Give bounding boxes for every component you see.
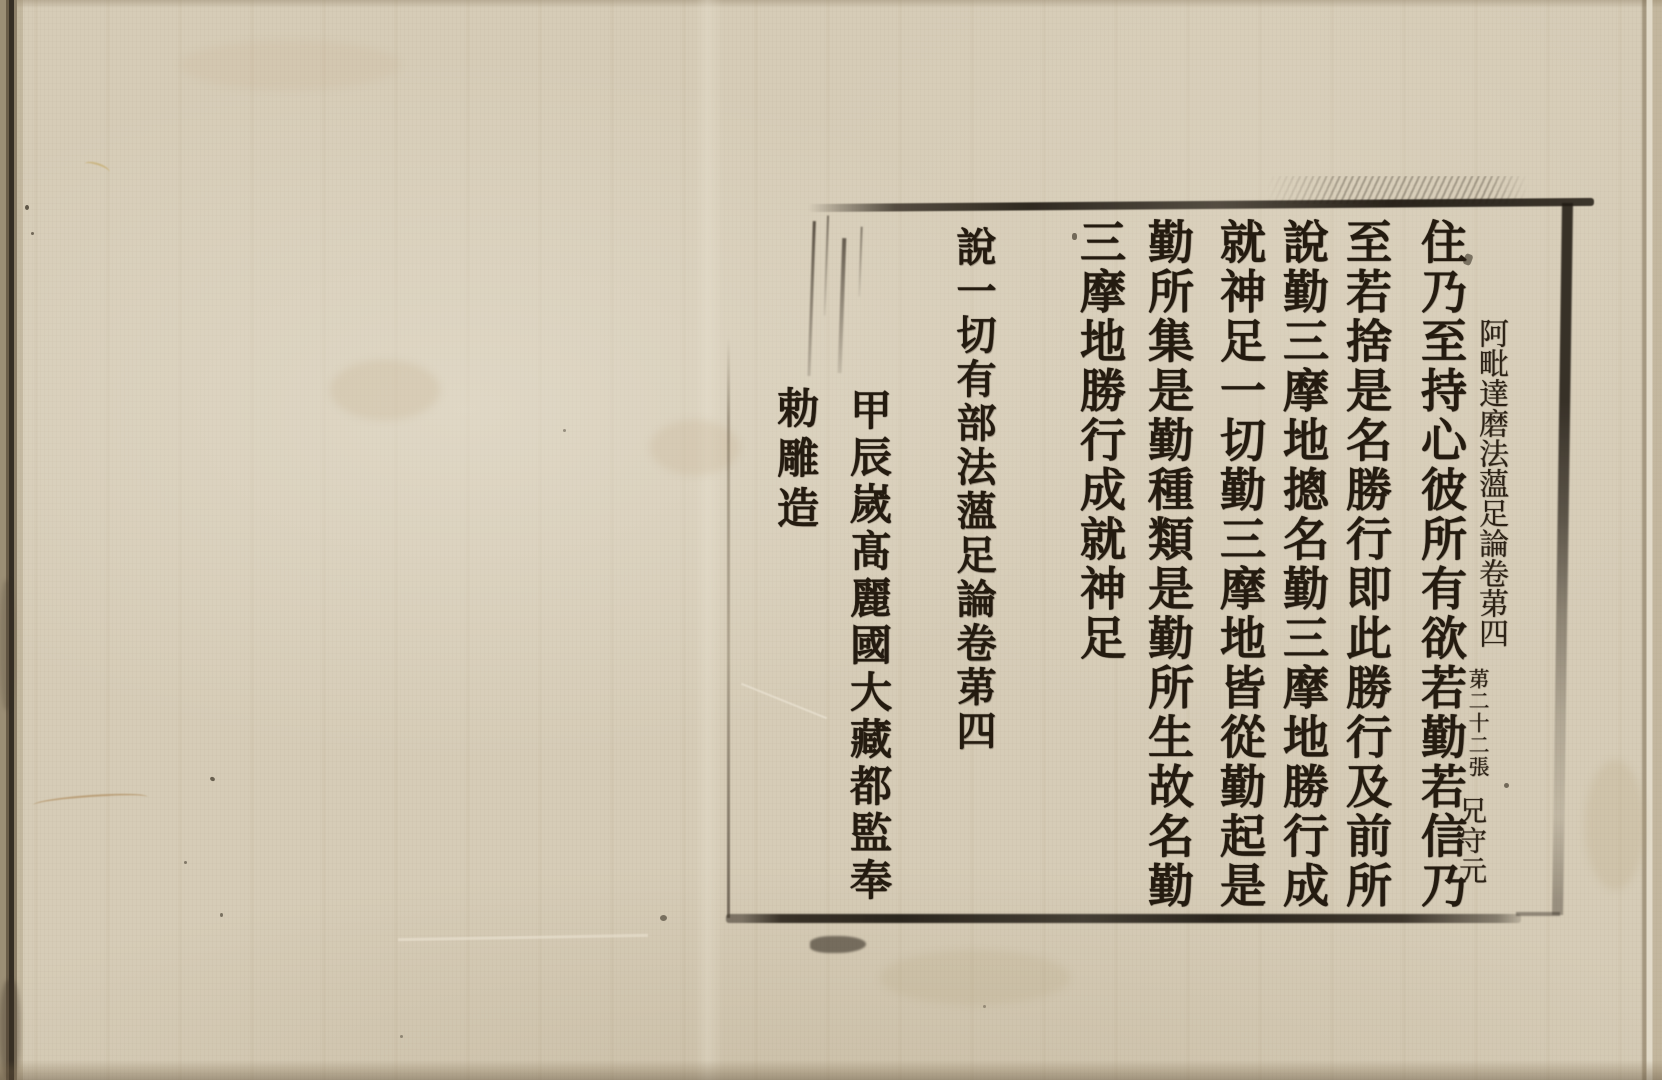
paper-crease xyxy=(398,934,648,941)
book-spine-edge xyxy=(0,0,30,1080)
paper-fiber xyxy=(83,159,111,177)
paper-fiber xyxy=(33,791,149,811)
frame-border-bottom-extension xyxy=(1516,912,1560,916)
paper-speck xyxy=(25,205,29,210)
end-title-column: 說一切有部法薀足論卷苐四 xyxy=(953,226,993,754)
paper-stain xyxy=(330,360,440,420)
paper-speck xyxy=(220,913,223,917)
paper-speck xyxy=(400,1035,403,1038)
body-column-6: 三摩地勝行成就神足 xyxy=(1077,218,1123,664)
paper-speck xyxy=(184,861,187,864)
body-column-3: 說勤三摩地摠名勤三摩地勝行成 xyxy=(1280,218,1326,911)
ink-dot xyxy=(660,915,667,921)
ink-blob xyxy=(810,936,866,953)
paper-seam xyxy=(695,0,723,1080)
paper-crease xyxy=(741,683,827,719)
body-column-4: 就神足一切勤三摩地皆從勤起是 xyxy=(1217,218,1263,911)
frame-border-left xyxy=(727,338,730,918)
page-top-edge-shadow xyxy=(0,0,1662,8)
paper-stain xyxy=(880,950,1070,1005)
printed-page-scan: 阿毗達磨法薀足論卷苐四 苐二十二張 兄守元 住乃至持心彼所有欲若勤若信乃 至若捨… xyxy=(0,0,1662,1080)
paper-speck xyxy=(31,232,34,235)
spine-blotch xyxy=(0,580,14,710)
paper-speck xyxy=(983,1005,986,1008)
paper-stain xyxy=(180,40,400,90)
colophon-edict-column: 勅雕造 xyxy=(774,386,816,536)
body-column-5: 勤所集是勤種類是勤所生故名勤 xyxy=(1145,218,1191,911)
colophon-column: 甲辰嵗髙麗國大藏都監奉 xyxy=(847,388,889,905)
body-column-2: 至若捨是名勝行即此勝行及前所 xyxy=(1343,218,1389,911)
sheet-number-label: 苐二十二張 xyxy=(1467,668,1488,778)
ink-hatch-smudge xyxy=(1266,176,1528,204)
paper-stain xyxy=(1585,760,1645,890)
paper-speck xyxy=(209,776,215,782)
page-right-edge xyxy=(1634,0,1662,1080)
frame-border-bottom xyxy=(726,914,1521,923)
page-bottom-edge-shadow xyxy=(0,1060,1662,1080)
frame-border-right xyxy=(1552,203,1573,915)
paper-speck xyxy=(563,429,566,432)
ink-dot xyxy=(1504,783,1509,788)
scroll-title-column: 阿毗達磨法薀足論卷苐四 xyxy=(1475,318,1505,648)
body-column-1: 住乃至持心彼所有欲若勤若信乃 xyxy=(1418,218,1464,911)
ink-streak-smudge xyxy=(797,215,881,393)
